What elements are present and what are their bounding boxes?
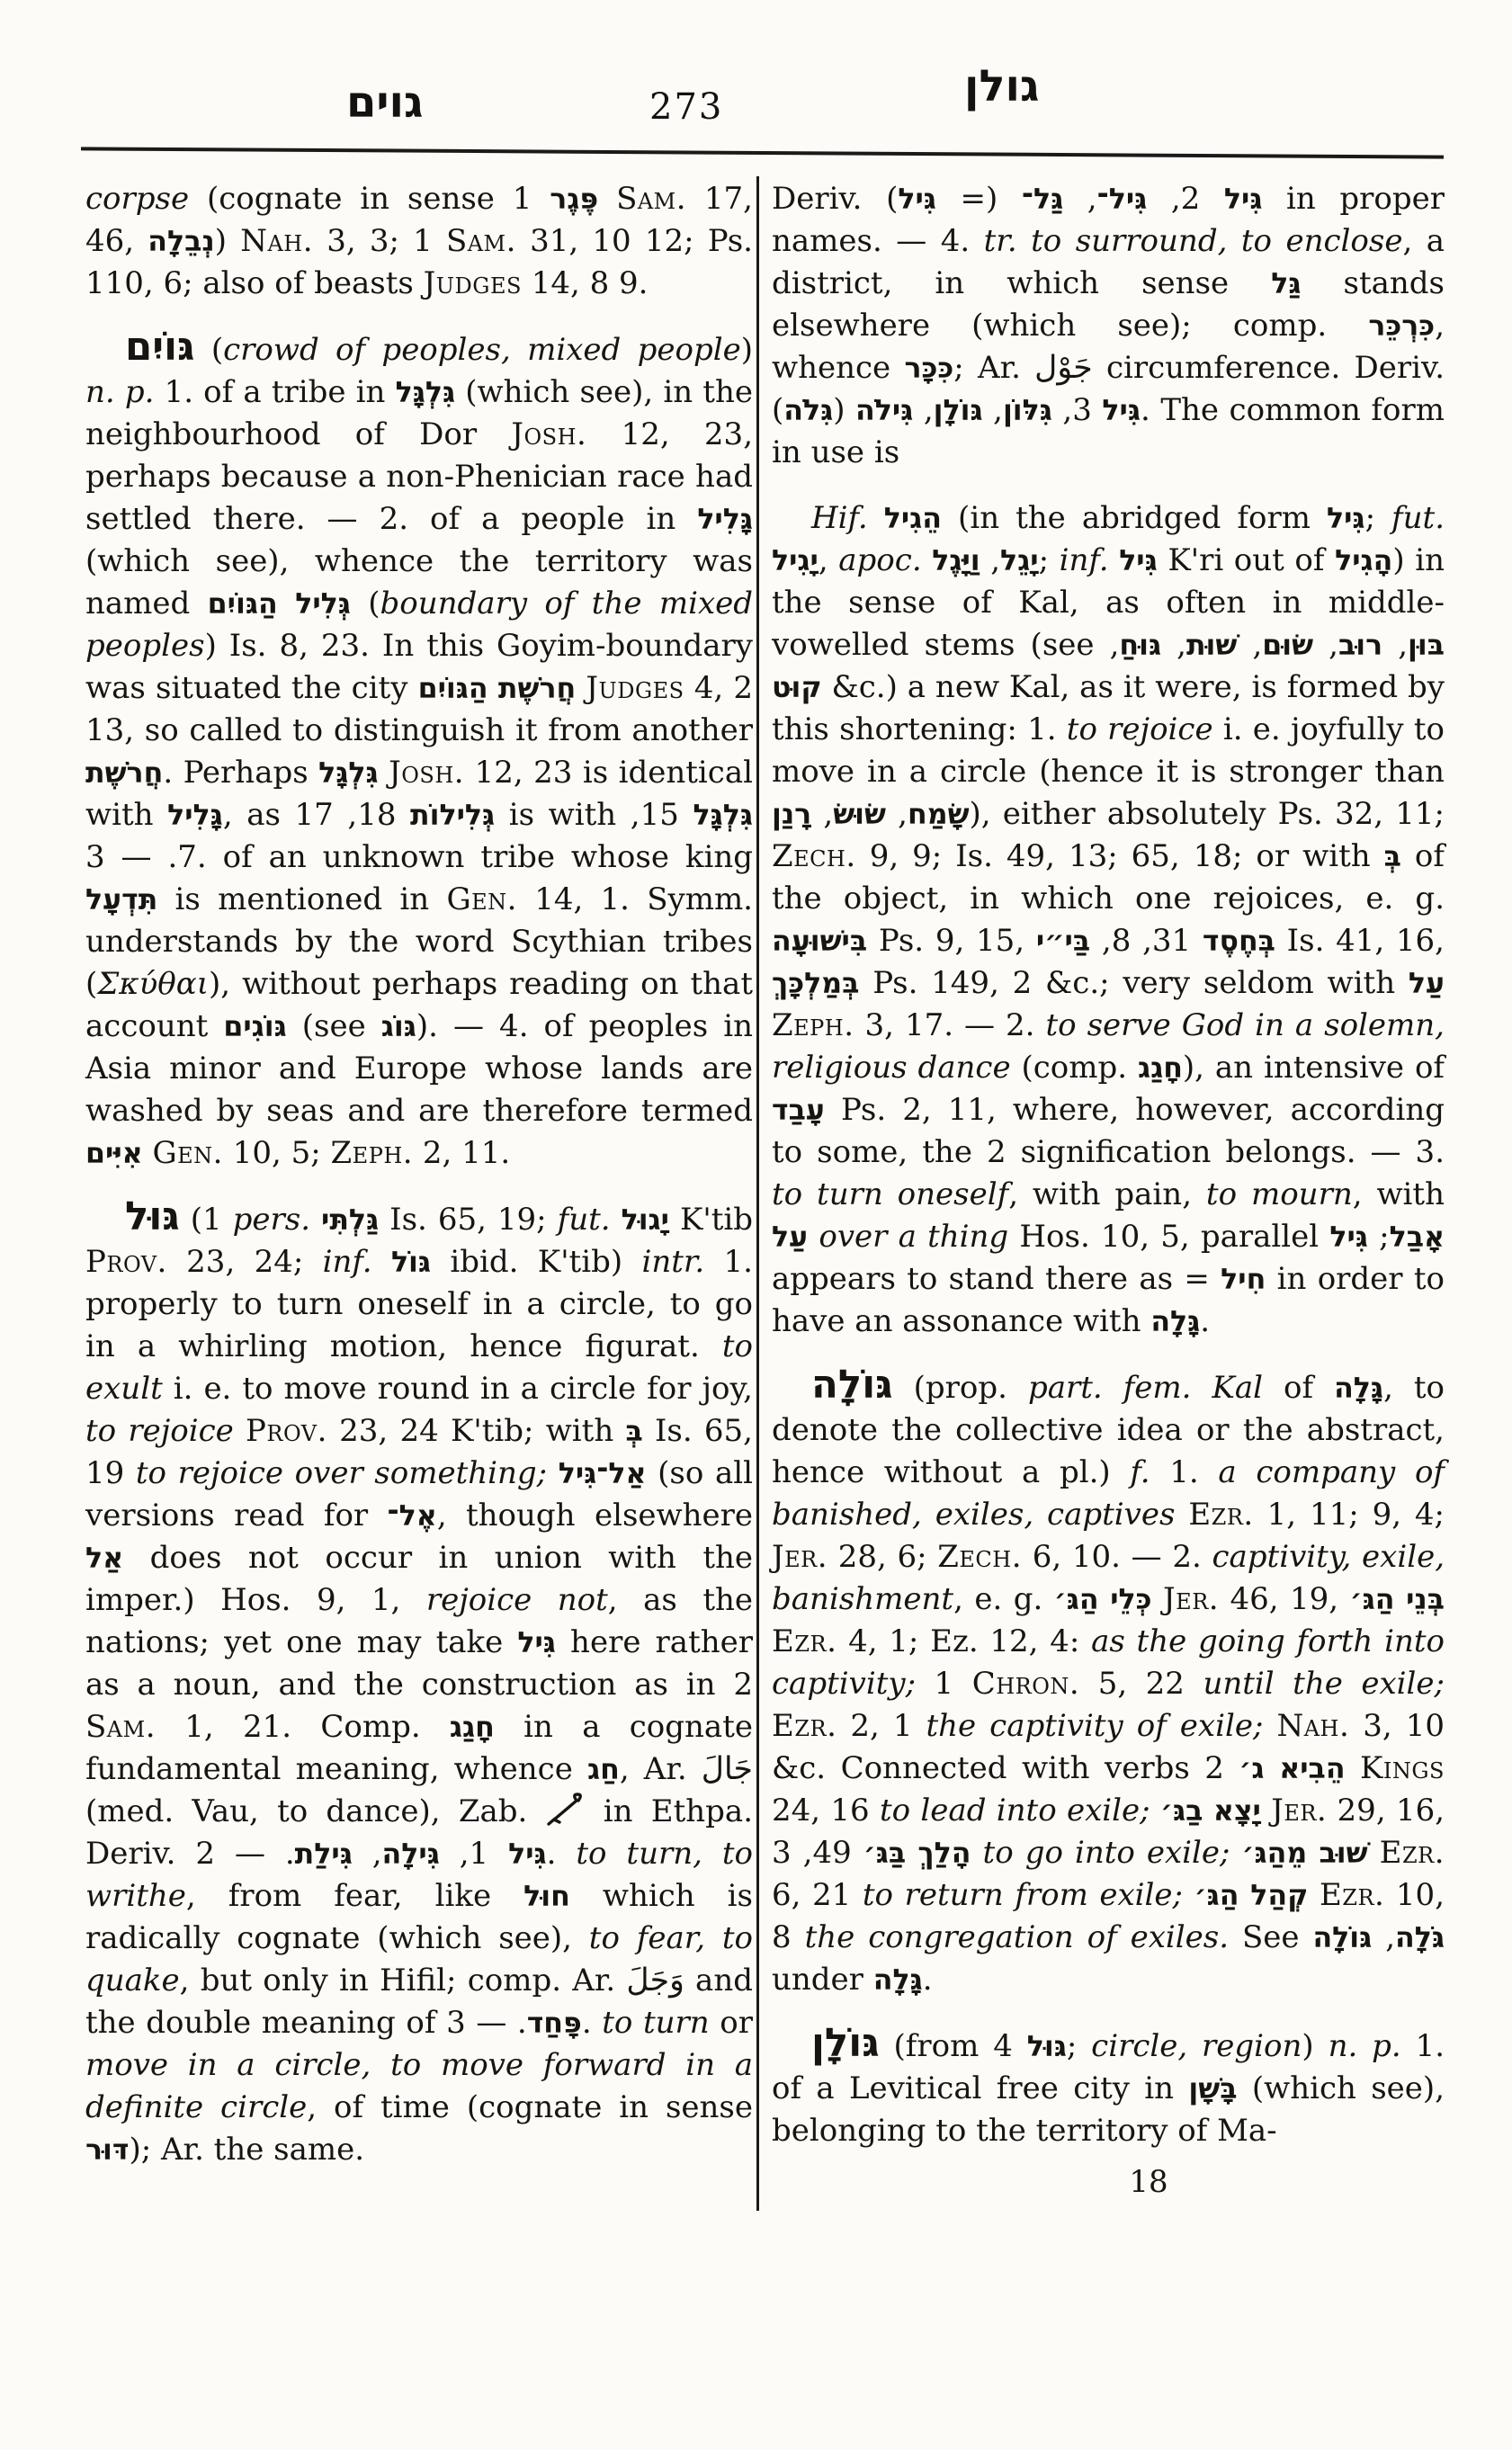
run-n: 2, xyxy=(1147,181,1224,217)
run-he: כִּרְכֵּר xyxy=(1368,310,1435,343)
run-he: גָּלָה xyxy=(1334,1373,1383,1405)
run-n: 31, 8, xyxy=(1090,923,1203,959)
run-he: גִּיל xyxy=(1102,395,1141,427)
run-he: גַּלְתִּי xyxy=(321,1204,379,1237)
run-n: (comp. xyxy=(1011,1050,1138,1086)
run-he: גְּלִיל הַגּוֹיִם xyxy=(208,588,351,621)
run-i: intr. xyxy=(641,1244,704,1280)
run-n: 2, 11. xyxy=(413,1135,510,1171)
run-i: n. p. xyxy=(1329,2028,1401,2064)
run-i: to rejoice xyxy=(85,1413,234,1449)
run-he: אַל־גִּיל xyxy=(559,1458,647,1490)
guide-word-right: גולן xyxy=(964,65,1039,108)
run-n xyxy=(1368,1835,1380,1871)
run-he: גָּלָה xyxy=(873,1964,923,1997)
run-he: הָלַךְ בַּגּ׳ xyxy=(863,1837,971,1870)
run-he: גִּיל xyxy=(1119,545,1158,577)
run-n: Deriv. xyxy=(772,181,886,217)
run-n: 10, 5; xyxy=(223,1135,331,1171)
run-he: קְהַל הַגּ׳ xyxy=(1194,1880,1309,1912)
run-he: אִיִּים xyxy=(85,1138,143,1170)
run-he: גִּילָה xyxy=(382,1838,440,1871)
run-n xyxy=(310,1202,321,1238)
run-n: . xyxy=(1200,1303,1210,1339)
run-heL: גּוֹיִם xyxy=(125,325,195,370)
run-i: to rejoice xyxy=(1067,711,1213,747)
run-n: (prop. xyxy=(893,1370,1028,1406)
run-n: ibid. K'tib) xyxy=(431,1244,641,1280)
run-he: שָׂמַח xyxy=(908,799,970,831)
paragraph-hifil: Hif. הֵגִיל (in the abridged form גִּיל;… xyxy=(772,497,1445,1343)
run-n: 3, xyxy=(1052,392,1103,428)
run-n: 6, 21 xyxy=(772,1877,863,1913)
run-n xyxy=(1230,1835,1242,1871)
run-he: יָגֵל xyxy=(1000,545,1039,577)
run-sc: Ezr. xyxy=(1188,1497,1253,1533)
run-he: פֶּגֶר xyxy=(550,183,598,216)
run-he: גּוֹג xyxy=(381,1011,416,1043)
run-n: (cognate in sense xyxy=(189,181,513,217)
run-i: apoc. xyxy=(838,542,921,578)
run-n: 23, 24; xyxy=(167,1244,323,1280)
run-he: בְּחֶסֶד xyxy=(1203,925,1275,958)
run-he: בְּ xyxy=(625,1416,642,1448)
run-n: 1, 11; 9, 4; xyxy=(1254,1497,1445,1533)
signature-mark: 18 xyxy=(772,2161,1445,2204)
run-he: יָצָא בַגּ׳ xyxy=(1160,1795,1261,1828)
run-sc: Chron. xyxy=(972,1666,1080,1702)
run-sc: Jer. xyxy=(1163,1581,1219,1617)
run-he: גְּלִילוֹת xyxy=(410,800,495,832)
run-he: הֵבִיא ג׳ xyxy=(1239,1753,1345,1785)
run-sc: Jer. xyxy=(772,1539,828,1575)
run-he: שׂוּשׂ xyxy=(833,799,886,831)
run-ar: جَوْل xyxy=(1034,350,1093,386)
run-he: חַג xyxy=(587,1754,620,1786)
run-i: rejoice not xyxy=(426,1582,608,1618)
run-he: גָּלָה xyxy=(1150,1306,1200,1338)
run-n: 24, 16 xyxy=(772,1793,880,1829)
run-he: חִיל xyxy=(1221,1264,1266,1296)
run-he: בִּישׁוּעָה xyxy=(772,925,867,958)
run-n: ; Ar. xyxy=(953,350,1034,386)
run-n: ) xyxy=(741,332,753,368)
run-heL: גּוֹלָן xyxy=(811,2021,880,2066)
run-i: until the exile; xyxy=(1203,1666,1445,1702)
run-i: part. fem. Kal xyxy=(1028,1370,1263,1406)
run-n: circumference. Deriv. xyxy=(1093,350,1445,386)
run-he: גִּיל xyxy=(508,1838,547,1871)
run-he: בָּשָׁן xyxy=(1188,2073,1237,2106)
run-n: (from xyxy=(880,2028,994,2064)
run-n xyxy=(1175,1497,1188,1533)
run-he: חֲרֹשֶׁת הַגּוֹיִם xyxy=(418,673,577,705)
run-n: , xyxy=(913,392,933,428)
run-n: 9, 9; Is. 49, 13; 65, 18; or with xyxy=(856,838,1384,874)
run-he: כְּלֵי הַגּ׳ xyxy=(1054,1584,1152,1616)
run-gr: Σκύθαι xyxy=(97,966,209,1002)
run-he: גִּלְגָּל xyxy=(396,377,456,409)
run-he: אָבַל xyxy=(1390,1221,1445,1254)
run-n xyxy=(547,1455,559,1491)
run-he: גִּילֹה xyxy=(855,395,913,427)
run-n: 3, 17. — 2. xyxy=(854,1007,1046,1043)
run-n: 1. xyxy=(1150,1454,1219,1490)
run-n: , xyxy=(983,392,1003,428)
run-he: גִּיל־ xyxy=(1097,183,1148,216)
run-i: corpse xyxy=(85,181,189,217)
run-n: ); Ar. the same. xyxy=(129,2132,364,2168)
run-sc: Prov. xyxy=(246,1413,327,1449)
header-rule xyxy=(81,147,1444,158)
run-i: inf. xyxy=(1060,542,1109,578)
entry-golah: גּוֹלָה (prop. part. fem. Kal of גָּלָה,… xyxy=(772,1366,1445,2001)
run-n: 1, 21. Comp. xyxy=(156,1709,450,1745)
zabian-word-glyph-icon xyxy=(546,1793,586,1827)
run-he: גַּל xyxy=(1271,268,1301,300)
run-he: גִּיל xyxy=(898,183,936,216)
run-he: עַל xyxy=(1409,968,1445,1000)
entry-golan: גּוֹלָן (from גּוּל 4; circle, region) n… xyxy=(772,2025,1445,2152)
run-sc: Sam. xyxy=(616,181,686,217)
run-he: חָגַג xyxy=(1138,1052,1183,1085)
run-n: i. e. to move round in a circle for joy, xyxy=(163,1371,753,1407)
run-n: , xyxy=(1382,627,1408,663)
dictionary-page: גוים 273 גולן corpse (cognate in sense פ… xyxy=(0,0,1512,2450)
run-sc: Gen. xyxy=(446,881,517,917)
run-he: גִּיל xyxy=(517,1627,556,1659)
run-sc: Sam. xyxy=(446,223,516,259)
run-n: 29, 16, xyxy=(1327,1793,1445,1829)
left-column: corpse (cognate in sense פֶּגֶר 1 Sam. 1… xyxy=(85,178,753,2171)
run-n: , as xyxy=(223,797,295,833)
run-he: כִּכָּר xyxy=(904,353,953,385)
run-n: , xyxy=(353,1836,382,1872)
run-n xyxy=(611,1202,622,1238)
run-he: רוּב xyxy=(1338,630,1382,662)
run-i: f. xyxy=(1130,1454,1150,1490)
run-ar: وَجَلَ xyxy=(626,1963,684,1998)
run-sc: Nah. xyxy=(240,223,313,259)
run-he: אֶל־ xyxy=(388,1500,437,1533)
run-n: is mentioned in xyxy=(157,881,446,917)
run-sc: Gen. xyxy=(152,1135,223,1171)
run-sc: Ezr. xyxy=(1380,1835,1445,1871)
run-n: K'tib xyxy=(669,1202,753,1238)
run-n: . xyxy=(923,1962,933,1998)
run-he: גִּילַת xyxy=(295,1838,353,1871)
run-i: to turn xyxy=(602,2005,709,2041)
run-n: , xyxy=(1313,627,1338,663)
run-he: שׁוּת xyxy=(1186,630,1237,662)
paragraph-corpse-continuation: corpse (cognate in sense פֶּגֶר 1 Sam. 1… xyxy=(85,178,753,305)
run-n: . Perhaps xyxy=(163,755,318,791)
run-n: (med. Vau, to dance), Zab. xyxy=(85,1793,546,1829)
run-n: ( xyxy=(195,332,224,368)
run-he: גִּיל xyxy=(1327,503,1365,535)
run-i: n. p. xyxy=(85,374,154,410)
run-n xyxy=(1261,1793,1271,1829)
run-n xyxy=(1308,1877,1320,1913)
run-n xyxy=(372,1244,391,1280)
run-n: Ps. 2, 11, where, however, according to … xyxy=(772,1092,1445,1170)
run-n: of xyxy=(1263,1370,1334,1406)
run-n: , though elsewhere xyxy=(437,1498,753,1533)
run-ar: جَالَ xyxy=(702,1751,753,1787)
run-he: שׂוּם xyxy=(1262,630,1313,662)
run-n: K'ri out of xyxy=(1158,542,1335,578)
run-he: בּוּן xyxy=(1408,630,1445,662)
run-n: , of time (cognate in sense xyxy=(307,2089,753,2125)
run-n: , from fear, like xyxy=(186,1878,523,1914)
run-i: to rejoice over something; xyxy=(136,1455,547,1491)
run-he: שׁוּב מֵהַגּ׳ xyxy=(1242,1837,1368,1870)
run-sc: Josh. xyxy=(511,416,586,452)
run-he: עָבַד xyxy=(772,1095,825,1127)
run-he: גּוּחַ xyxy=(1119,630,1161,662)
run-i: over a thing xyxy=(819,1219,1008,1255)
right-column: Deriv. גִּיל 2, גִּיל־, גַּל־ (= גִּיל) … xyxy=(772,178,1445,2204)
run-he: אַל xyxy=(85,1542,123,1575)
run-he: גּוֹל xyxy=(391,1247,431,1279)
run-n: Ps. 149, 2 &c.; very seldom with xyxy=(859,965,1408,1001)
run-n xyxy=(808,1219,819,1255)
run-sc: Sam. xyxy=(85,1709,156,1745)
run-n xyxy=(922,542,933,578)
run-n: 14, 8 9. xyxy=(522,265,649,301)
run-n: Ps. 9, 15, xyxy=(867,923,1036,959)
run-he: גּוּל xyxy=(1027,2031,1067,2063)
run-he: רָנַן xyxy=(772,799,811,831)
run-i: the captivity of exile; xyxy=(926,1708,1263,1744)
run-n: , xyxy=(1237,627,1262,663)
run-n: ) xyxy=(1302,2028,1328,2064)
run-n: , xyxy=(980,542,1000,578)
run-he: עַל xyxy=(772,1221,808,1254)
run-i: to lead into exile; xyxy=(880,1793,1150,1829)
entry-gul: גּוּל (1 pers. גַּלְתִּי Is. 65, 19; fut… xyxy=(85,1198,753,2171)
run-i: pers. xyxy=(233,1202,310,1238)
run-n: (1 xyxy=(180,1202,233,1238)
run-he: נְבֵלָה xyxy=(148,226,214,258)
run-sc: Zech. xyxy=(772,838,856,874)
run-n: 3, 3; 1 xyxy=(313,223,446,259)
run-n: , xyxy=(1161,627,1186,663)
run-he: קוּט xyxy=(772,672,822,704)
run-n: or xyxy=(710,2005,753,2041)
run-he: הֵגִיל xyxy=(884,503,942,535)
run-n: 6, 10. — 2. xyxy=(1022,1539,1212,1575)
run-sc: Ezr. xyxy=(772,1623,837,1659)
run-n: , xyxy=(1063,181,1096,217)
run-i: to turn oneself xyxy=(772,1176,1008,1212)
run-sc: Nah. xyxy=(1276,1708,1349,1744)
run-n: , xyxy=(1372,1919,1395,1955)
run-n xyxy=(143,1135,153,1171)
run-i: fut. xyxy=(558,1202,611,1238)
entry-goyim: גּוֹיִם (crowd of peoples, mixed people)… xyxy=(85,328,753,1175)
run-n: Is. 41, 16, xyxy=(1275,923,1445,959)
run-i: tr. to surround, to enclose xyxy=(984,223,1403,259)
run-i: to mourn xyxy=(1206,1176,1353,1212)
run-n: appears to stand there as = xyxy=(772,1261,1221,1297)
run-he: יָגִיל xyxy=(772,545,819,577)
paragraph-deriv-continuation: Deriv. גִּיל 2, גִּיל־, גַּל־ (= גִּיל) … xyxy=(772,178,1445,474)
run-he: גַּל־ xyxy=(1022,183,1063,216)
run-n: ), an intensive of xyxy=(1183,1050,1445,1086)
run-n: 28, 6; xyxy=(828,1539,937,1575)
run-n: , with pain, xyxy=(1008,1176,1206,1212)
run-he: חָגַג xyxy=(450,1712,495,1744)
run-n: 2, 1 xyxy=(837,1708,926,1744)
run-n: ( xyxy=(833,392,855,428)
run-he: גּוֹלָה xyxy=(1312,1922,1372,1954)
run-n xyxy=(868,500,884,536)
run-he: גָּלִיל xyxy=(697,504,753,536)
run-he: גִּיל xyxy=(1224,183,1263,216)
run-n: 23, 24 K'tib; with xyxy=(327,1413,626,1449)
run-he: בַּי״י xyxy=(1036,925,1090,958)
run-n xyxy=(576,670,586,706)
run-n xyxy=(234,1413,246,1449)
run-n xyxy=(1109,542,1120,578)
run-n: , xyxy=(819,542,838,578)
run-n: ; xyxy=(1039,542,1060,578)
run-he: הָגִיל xyxy=(1335,545,1392,577)
run-n: 1, xyxy=(440,1836,508,1872)
run-n xyxy=(1183,1877,1194,1913)
run-he: גָּלִיל xyxy=(167,800,223,832)
run-he: גִּיל xyxy=(1329,1221,1368,1254)
run-he: בְּמַלְכָּךְ xyxy=(772,968,859,1000)
run-he: דּוּר xyxy=(85,2134,129,2167)
run-he: תִּדְעָל xyxy=(85,884,157,917)
run-n: , xyxy=(1110,627,1120,663)
run-he: יָגוּל xyxy=(622,1204,669,1237)
guide-word-left: גוים xyxy=(346,81,423,124)
page-number: 273 xyxy=(649,86,723,128)
run-sc: Prov. xyxy=(85,1244,167,1280)
run-n: (= xyxy=(936,181,1022,217)
run-n: , xyxy=(811,796,833,832)
run-i: to go into exile; xyxy=(983,1835,1230,1871)
run-n: , Ar. xyxy=(620,1751,702,1787)
run-he: בְּ xyxy=(1384,841,1401,873)
run-i: fut. xyxy=(1391,500,1445,536)
run-sc: Josh. xyxy=(389,755,464,791)
run-he: גּוֹלָן xyxy=(934,395,983,427)
run-he: גֹּלָה xyxy=(1395,1922,1445,1954)
run-sc: Ezr. xyxy=(772,1708,837,1744)
run-n: ; xyxy=(1368,1219,1390,1255)
run-n xyxy=(1263,1708,1276,1744)
run-i: crowd of peoples, mixed people xyxy=(223,332,741,368)
run-heL: גּוֹלָה xyxy=(811,1363,893,1408)
run-n: Is. 65, 19; xyxy=(379,1202,557,1238)
run-he: פָּחַד xyxy=(527,2007,582,2040)
run-he: גִּלֹה xyxy=(783,395,833,427)
run-sc: Judges xyxy=(586,670,684,706)
run-sc: Jer. xyxy=(1271,1793,1327,1829)
run-n xyxy=(1150,1793,1160,1829)
run-n: ) xyxy=(215,223,240,259)
run-he: חוּל xyxy=(523,1881,570,1913)
run-n: (see xyxy=(287,1008,381,1044)
run-i: Hif. xyxy=(811,500,868,536)
run-i: the congregation of exiles. xyxy=(805,1919,1229,1955)
run-n: ), either absolutely Ps. 32, 11; xyxy=(970,796,1445,832)
run-sc: Zeph. xyxy=(772,1007,854,1043)
run-he: גִּלּוֹן xyxy=(1003,395,1052,427)
run-i: circle, region xyxy=(1091,2028,1302,2064)
run-n: , with xyxy=(1353,1176,1445,1212)
run-n: under xyxy=(772,1962,873,1998)
run-n: 46, 19, xyxy=(1219,1581,1350,1617)
run-n: Hos. 10, 5, parallel xyxy=(1008,1219,1329,1255)
column-divider-rule xyxy=(756,176,759,2211)
run-sc: Judges xyxy=(424,265,522,301)
run-he: גִּלְגָּל xyxy=(693,800,753,832)
run-n: 1. of a tribe in xyxy=(154,374,395,410)
run-sc: Zeph. xyxy=(331,1135,414,1171)
run-n: (in the abridged form xyxy=(942,500,1327,536)
run-he: חֲרֹשֶׁת xyxy=(85,757,163,790)
run-i: to return from exile; xyxy=(863,1877,1183,1913)
run-n: 4, 1; Ez. 12, 4: xyxy=(837,1623,1091,1659)
run-n: 1 xyxy=(916,1666,972,1702)
run-n: , xyxy=(886,796,908,832)
run-n: See xyxy=(1229,1919,1312,1955)
run-n xyxy=(1152,1581,1163,1617)
run-n: , e. g. xyxy=(953,1581,1054,1617)
run-sc: Kings xyxy=(1360,1750,1445,1786)
run-heL: גּוּל xyxy=(125,1194,180,1239)
run-sc: Ezr. xyxy=(1320,1877,1384,1913)
run-he: וַיָּגֶל xyxy=(932,545,980,577)
run-he: גִּלְגָּל xyxy=(318,757,379,790)
run-n: , but only in Hifil; comp. Ar. xyxy=(180,1963,627,1998)
run-i: inf. xyxy=(323,1244,372,1280)
run-he: גּוֹגִים xyxy=(223,1011,286,1043)
run-he: בְּנֵי הַגּ׳ xyxy=(1350,1584,1445,1616)
run-n xyxy=(379,755,389,791)
run-n: ( xyxy=(351,586,380,621)
run-n: 5, 22 xyxy=(1079,1666,1203,1702)
run-n: ; xyxy=(1365,500,1391,536)
run-sc: Zech. xyxy=(937,1539,1022,1575)
